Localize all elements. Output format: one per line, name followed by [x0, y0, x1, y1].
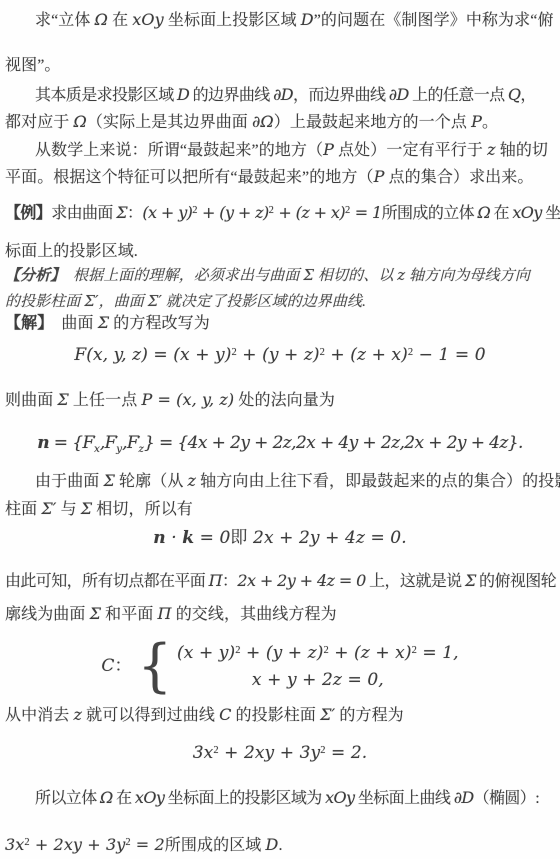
scanned-math-page: 求“立体 Ω 在 xOy 坐标面上投影区域 D”的问题在《制图学》中称为求“俯 … — [0, 0, 560, 859]
solution-line-2: 则曲面 Σ 上任一点 P = (x, y, z) 处的法向量为 — [5, 388, 335, 413]
contour-line-2: 柱面 Σ′ 与 Σ 相切，所以有 — [5, 497, 193, 522]
curve-system: C： { (x + y)2 + (y + z)2 + (z + x)2 = 1,… — [0, 638, 560, 693]
system-brace: { — [138, 653, 172, 678]
formula-nk-dot: n · k = 0即 2x + 2y + 4z = 0. — [0, 526, 560, 550]
conclusion-line-1: 所以立体 Ω 在 xOy 坐标面上的投影区域为 xOy 坐标面上曲线 ∂D（椭圆… — [35, 786, 539, 811]
eliminate-z-line: 从中消去 z 就可以得到过曲线 C 的投影柱面 Σ′ 的方程为 — [5, 703, 404, 728]
essence-line-2: 都对应于 Ω（实际上是其边界曲面 ∂Ω）上最鼓起来地方的一个点 P。 — [5, 110, 498, 135]
plane-line-2: 廓线为曲面 Σ 和平面 Π 的交线，其曲线方程为 — [5, 602, 337, 627]
conclusion-line-2: 3x2 + 2xy + 3y2 = 2所围成的区域 D. — [5, 831, 283, 858]
formula-ellipse: 3x2 + 2xy + 3y2 = 2. — [0, 739, 560, 765]
example-line-1: 【例】求由曲面 Σ：(x + y)2 + (y + z)2 + (z + x)2… — [5, 199, 560, 226]
curve-equation-2: x + y + 2z = 0, — [252, 667, 384, 693]
intro-line-2: 视图”。 — [5, 54, 61, 78]
essence-line-4: 平面。根据这个特征可以把所有“最鼓起来”的地方（P 点的集合）求出来。 — [5, 165, 534, 190]
essence-line-3: 从数学上来说：所谓“最鼓起来”的地方（P 点处）一定有平行于 z 轴的切 — [35, 138, 548, 163]
formula-normal-vector: n = {F′x,F′y,F′z} = {4x + 2y + 2z,2x + 4… — [0, 429, 560, 461]
contour-line-1: 由于曲面 Σ 轮廓（从 z 轴方向由上往下看，即最鼓起来的点的集合）的投影 — [35, 469, 560, 494]
intro-line-1: 求“立体 Ω 在 xOy 坐标面上投影区域 D”的问题在《制图学》中称为求“俯 — [35, 8, 554, 33]
example-line-2: 标面上的投影区域. — [5, 240, 138, 264]
curve-equation-1: (x + y)2 + (y + z)2 + (z + x)2 = 1, — [177, 638, 459, 666]
plane-line-1: 由此可知，所有切点都在平面 Π：2x + 2y + 4z = 0 上，这就是说 … — [5, 569, 556, 594]
curve-system-equations: (x + y)2 + (y + z)2 + (z + x)2 = 1, x + … — [177, 638, 459, 693]
formula-surface-F: F(x, y, z) = (x + y)2 + (y + z)2 + (z + … — [0, 341, 560, 367]
analysis-line-1: 【分析】 根据上面的理解，必须求出与曲面 Σ 相切的、以 z 轴方向为母线方向 — [5, 263, 530, 288]
essence-line-1: 其本质是求投影区域 D 的边界曲线 ∂D，而边界曲线 ∂D 上的任意一点 Q， — [35, 83, 536, 108]
curve-system-label: C： — [101, 654, 131, 678]
solution-line-1: 【解】 曲面 Σ 的方程改写为 — [5, 311, 210, 336]
curve-system-row: C： { (x + y)2 + (y + z)2 + (z + x)2 = 1,… — [101, 638, 458, 693]
